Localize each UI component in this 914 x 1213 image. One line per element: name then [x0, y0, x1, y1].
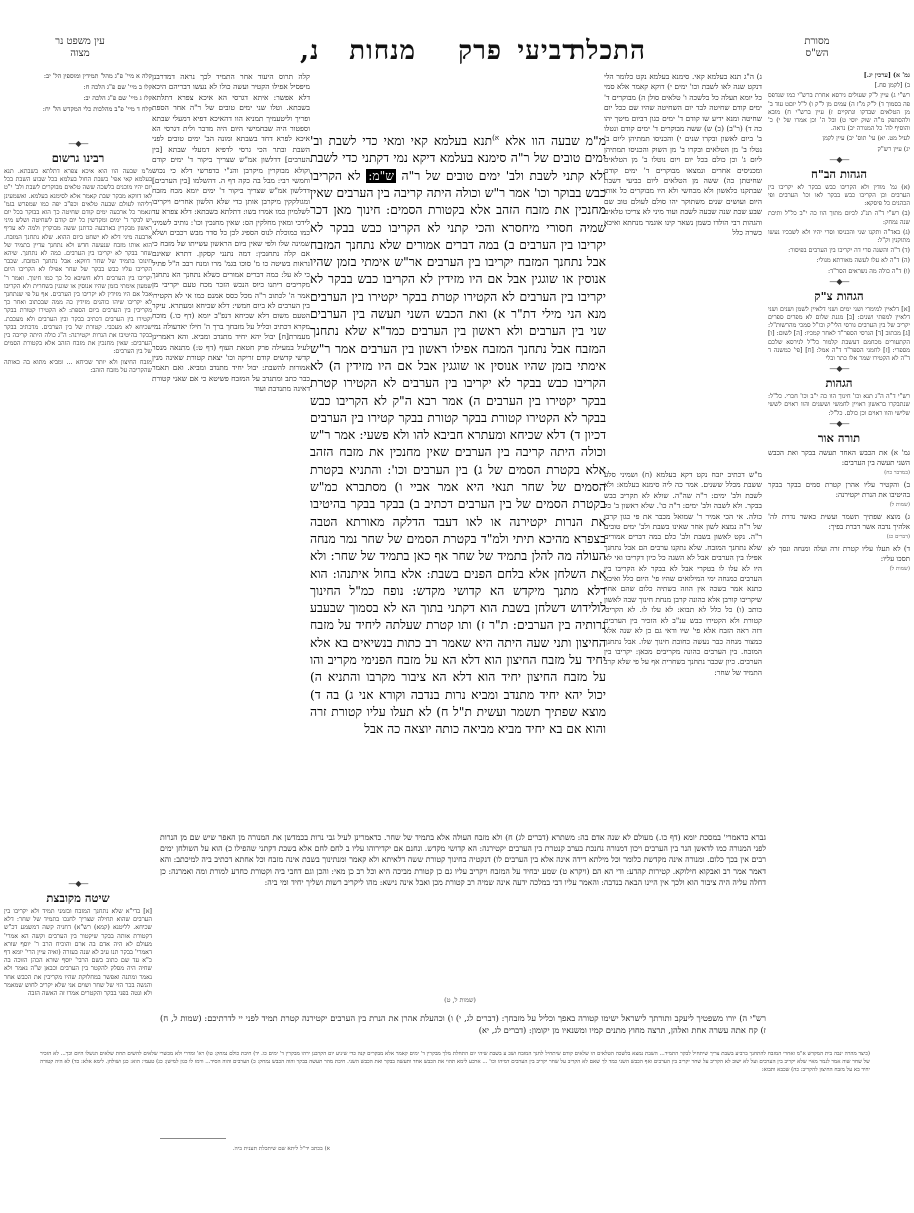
bach-note: (א) גמ' מודין ולא הקריבו כבש בבקר לא יקר… — [768, 184, 910, 209]
ein-mishpat-column: קלה א מיי' פ"ג מהל' תמידין ומוספין הל' י… — [4, 72, 152, 142]
footnote: א) בכתב יד"ל ליתא שם שיתכלת תענית ביה. — [120, 1146, 330, 1152]
footnote-divider — [160, 1138, 226, 1139]
rashi-verses-bottom: רש"י ה) יורו משפטיך ליעקב ותורתך לישראל … — [160, 1012, 766, 1048]
ornament-divider: —◆— — [768, 278, 910, 286]
page-header: מסורת הש"ס התכלת פרק רביעי מנחות נ, עין … — [0, 36, 914, 68]
rabbeinu-gershom-tail: מזבח החיצון ולא יותר שכיחא ... ומביא מתו… — [4, 359, 152, 375]
verse-reference: (דברים כג) — [768, 532, 910, 542]
ein-mishpat-line: קלה א מיי' פ"ג מהל' תמידין ומוספין הל' י… — [4, 72, 152, 81]
torah-or-verse: גמ' א) את הכבש האחד תעשה בבקר ואת הכבש ה… — [768, 448, 910, 478]
mesorah-column: גמ' א) [ערכין יג.] ב) [לקמן סח.] רש"י ג)… — [768, 72, 910, 1072]
tosafot-continuation: גברא כדאמרי' במסכת יומא (דף כו.) מעולם ל… — [160, 832, 766, 982]
hagahot-title: הגהות — [768, 376, 910, 391]
commentary-text: גברא כדאמרי' במסכת יומא (דף כו.) מעולם ל… — [160, 833, 766, 887]
shita-mekubetzet-text: [א] בדי"א שלא נתחנך המזבח ובזמני תמיד ול… — [4, 908, 152, 998]
bach-note: (ה) ד"ה לא עלו לעשה מאורתא מנולי: — [768, 257, 910, 265]
rashi-text: ג) ה"ג תנא בעלמא קאי. סימנא בעלמא נקט כל… — [604, 72, 762, 237]
rashi-commentary-lower: מ"ש דכתיב יזבח נקט דקא בעלמא (ח) ושמיני … — [604, 470, 762, 850]
verse-reference: (שמות ל, ט) — [400, 996, 520, 1004]
bach-note: (ד) ד"ה והשגה סרי דה יקריבו בין הערבים ב… — [768, 247, 910, 255]
tzach-notes: [א] דלאיין למימרי ושני ימים ושני דלאיין … — [768, 306, 910, 363]
verse-reference: (שמות ל) — [768, 564, 910, 574]
ein-mishpat-line: קלז ג מיי' שם פ"ג הלכה יב: — [4, 94, 152, 103]
ornament-divider: —◆— — [768, 156, 910, 164]
tosafot-commentary: קלה תרוס היעוד אחר התמיד לכך נראה דמדרבנ… — [152, 72, 310, 862]
torah-or-title: תורה אור — [768, 431, 910, 446]
rashi-text: מ"ש דכתיב יזבח נקט דקא בעלמא (ח) ושמיני … — [604, 470, 762, 677]
shita-mekubetzet-title: שיטה מקובצת — [4, 891, 152, 906]
rabbeinu-gershom-column: —◆— רבינו גרשום מ"מ שבעה הוו הוא איכא צפ… — [4, 140, 152, 860]
hagahot-bach-title: הגהות הב"ח — [768, 167, 910, 182]
gemara-text: לא הקריבו כבש בבוקר וכו' אמר ר"ש וכולה ה… — [310, 169, 606, 737]
mesorat-hashas-label: מסורת הש"ס — [792, 36, 842, 60]
highlighted-term[interactable]: ש"מ: — [366, 169, 396, 183]
bach-note: (ו) ד"ה כולה מה נשראים הסר"ד: — [768, 268, 910, 276]
rashi-verse-text: רש"י ה) יורו משפטיך ליעקב ותורתך לישראל … — [160, 1013, 766, 1035]
footer-notes-text: (כיצד מהרה ינבה בית המקדש א"מ ואחרי המזב… — [40, 1051, 870, 1073]
hagahot-tzach-title: הגהות צ"ק — [768, 289, 910, 304]
torah-or-verse: ג) מוצא שפתיך תשמר ועשית כאשר נדרת לה' א… — [768, 512, 910, 542]
mesorah-line: גמ' א) [ערכין יג.] — [768, 72, 910, 80]
footer-notes: (כיצד מהרה ינבה בית המקדש א"מ ואחרי המזב… — [40, 1050, 870, 1112]
chapter-label: פרק — [458, 36, 502, 66]
torah-or-verse: ד) לא תעלו עליו קטרת זרה ועלה ומנחה ונסך… — [768, 544, 910, 574]
tosafot-text: קלה תרוס היעוד אחר התמיד לכך נראה דמדרבנ… — [152, 72, 310, 393]
ornament-divider: —◆— — [4, 880, 152, 888]
bach-note: (ב) רש"י ד"ה תנ"ג לכיום מתוך הוו כה י"ב … — [768, 210, 910, 226]
mesorah-line: יג) עיין רש"ק — [768, 146, 910, 154]
gemara-text: מ"מ שבעה הוו אלא — [499, 134, 606, 148]
ein-mishpat-label: עין משפט נר מצוה — [52, 36, 108, 60]
daf-number: נ, — [300, 36, 320, 66]
mesorah-line: ב) [לקמן סח.] — [768, 82, 910, 90]
ornament-divider: —◆— — [768, 365, 910, 373]
tractate-name: מנחות — [349, 36, 416, 66]
mesorah-line: לעיל מט. יא) עי' תוס' יב) עיין לקמן — [768, 135, 910, 143]
rabbeinu-gershom-text: מ"מ שבעה הוו הוא איכא צפרא דתלתא בשבתא. … — [4, 168, 152, 357]
rashi-commentary-upper: ג) ה"ג תנא בעלמא קאי. סימנא בעלמא נקט כל… — [604, 72, 762, 467]
rabbeinu-gershom-title: רבינו גרשום — [4, 151, 152, 166]
ornament-divider: —◆— — [768, 420, 910, 428]
chapter-number: רביעי — [517, 36, 576, 66]
mesorah-line: רש"י ג) עיין ל"ק שעולים גירסא אחרת ברש"י… — [768, 92, 910, 133]
ein-mishpat-line: קלח ד מיי' פ"ב מהלכות כלי המקדש הל' יח: — [4, 105, 152, 114]
bach-note: (ג) באד"ה ותקנו שני והכניסו וסרי יהיו ול… — [768, 229, 910, 245]
gemara-main-text: מ"מ שבעה הוו אלא א)תנא בעלמא קאי ומאי כד… — [310, 130, 606, 830]
ornament-divider: —◆— — [4, 140, 152, 148]
ein-mishpat-line: קלו ב מיי' שם פ"ג הלכה ח: — [4, 83, 152, 92]
section-title: התכלת — [569, 36, 646, 66]
verse-reference: (שמות ל) — [768, 500, 910, 510]
hagahot-text: רש"י ד"ה ה"ג תנא וכו' חינוך הוו כה י"ב ו… — [768, 393, 910, 418]
verse-reference: (במדבר כח) — [768, 468, 910, 478]
torah-or-verse: ב) והקטיר עליו אהרן קטרת סמים בבקר בבקר … — [768, 480, 910, 510]
